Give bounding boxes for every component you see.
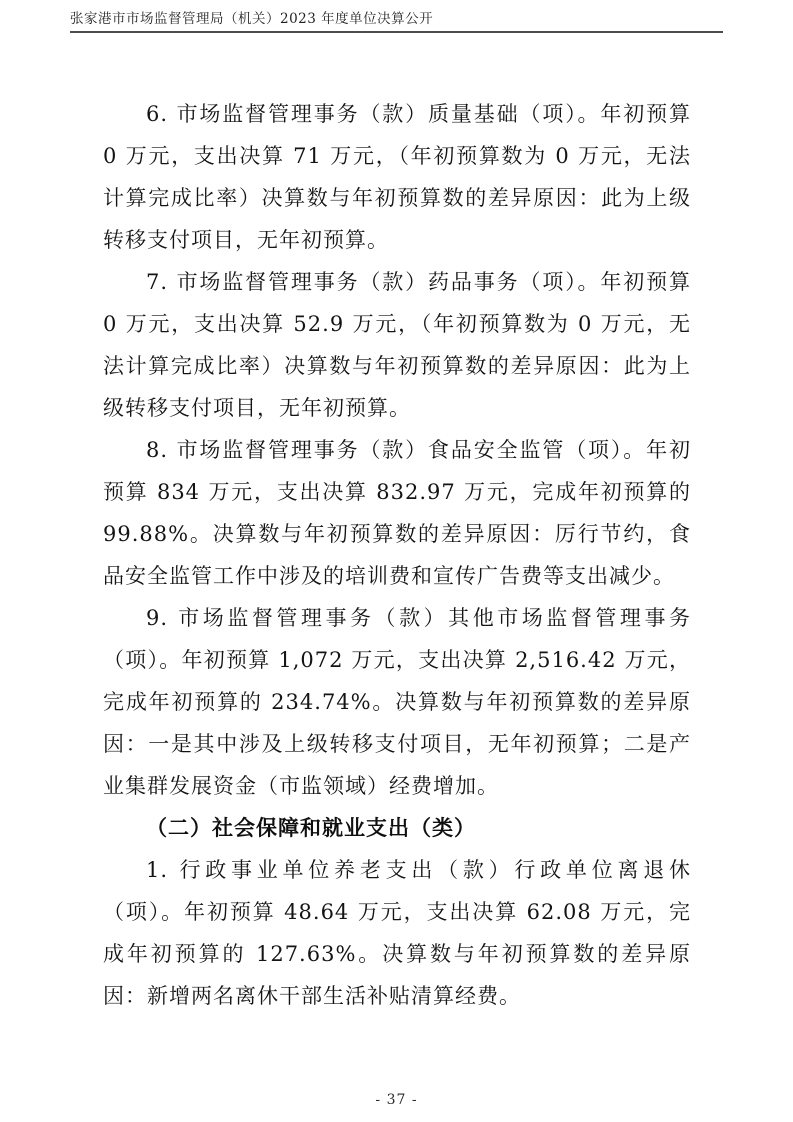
paragraph-item-9: 9. 市场监督管理事务（款）其他市场监督管理事务（项）。年初预算 1,072 万…: [103, 597, 691, 807]
paragraph-item-8: 8. 市场监督管理事务（款）食品安全监管（项）。年初预算 834 万元，支出决算…: [103, 429, 691, 597]
page-number: - 37 -: [375, 1092, 417, 1108]
document-body: 6. 市场监督管理事务（款）质量基础（项）。年初预算 0 万元，支出决算 71 …: [103, 93, 691, 1017]
page-header: 张家港市市场监督管理局（机关）2023 年度单位决算公开: [70, 11, 723, 33]
paragraph-item-6: 6. 市场监督管理事务（款）质量基础（项）。年初预算 0 万元，支出决算 71 …: [103, 93, 691, 261]
document-page: 张家港市市场监督管理局（机关）2023 年度单位决算公开 6. 市场监督管理事务…: [0, 0, 793, 1122]
header-title: 张家港市市场监督管理局（机关）2023 年度单位决算公开: [70, 11, 723, 33]
section-heading-social-security: （二）社会保障和就业支出（类）: [103, 807, 691, 849]
page-footer: - 37 -: [0, 1089, 793, 1108]
paragraph-item-1-pension: 1. 行政事业单位养老支出（款）行政单位离退休（项）。年初预算 48.64 万元…: [103, 849, 691, 1017]
paragraph-item-7: 7. 市场监督管理事务（款）药品事务（项）。年初预算 0 万元，支出决算 52.…: [103, 261, 691, 429]
